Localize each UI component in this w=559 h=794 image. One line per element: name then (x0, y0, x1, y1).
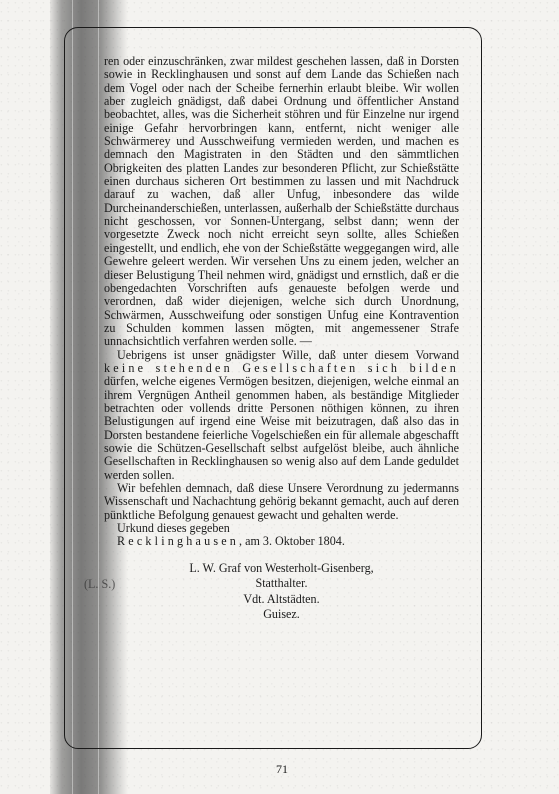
paragraph-2: Uebrigens ist unser gnädigster Wille, da… (104, 349, 459, 482)
seal-mark: (L. S.) (84, 577, 115, 593)
paragraph-2-start: Uebrigens ist unser gnädigster Wille, da… (117, 348, 459, 362)
signature-name: L. W. Graf von Westerholt-Gisenberg, (104, 561, 459, 577)
document-body: ren oder einzuschränken, zwar mildest ge… (104, 55, 459, 623)
dateline-date: , am 3. Oktober 1804. (239, 534, 345, 548)
countersign: Vdt. Altstädten. (104, 592, 459, 608)
paragraph-2-end: dürfen, welche eigenes Vermögen besitzen… (104, 374, 459, 481)
clerk-name: Guisez. (104, 607, 459, 623)
signature-title: Statthalter. (104, 576, 459, 592)
signature-block: (L. S.) L. W. Graf von Westerholt-Gisenb… (104, 561, 459, 623)
page-number: 71 (0, 762, 559, 777)
dateline: Recklinghausen, am 3. Oktober 1804. (104, 535, 459, 548)
paragraph-1: ren oder einzuschränken, zwar mildest ge… (104, 55, 459, 349)
paragraph-2-emphasis: keine stehenden Gesellschaften sich bild… (104, 361, 459, 375)
dateline-place: Recklinghausen (117, 534, 239, 548)
paragraph-3: Wir befehlen demnach, daß diese Unsere V… (104, 482, 459, 522)
closing-formula: Urkund dieses gegeben (104, 522, 459, 535)
